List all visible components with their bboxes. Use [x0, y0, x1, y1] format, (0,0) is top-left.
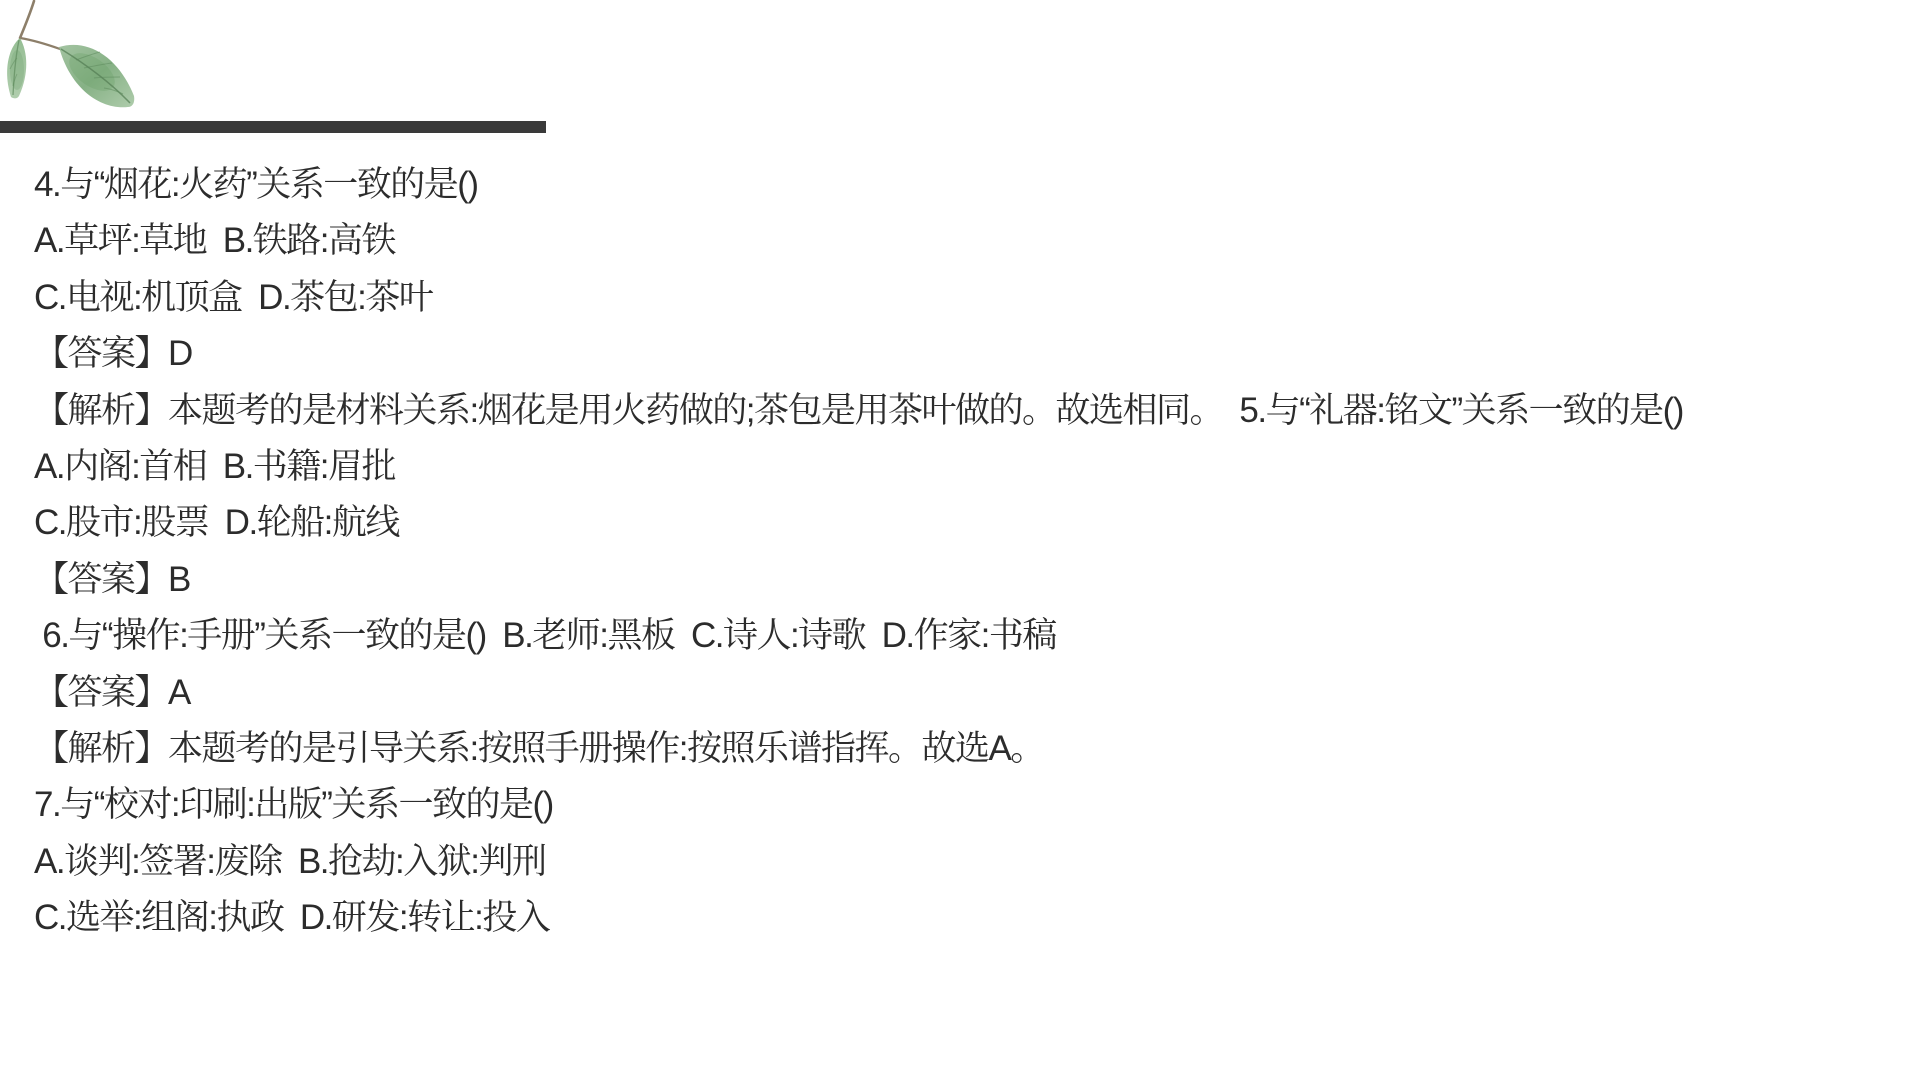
document-body: 4.与“烟花:火药”关系一致的是() A.草坪:草地 B.铁路:高铁 C.电视:… — [34, 157, 1834, 947]
question-5-options-ab: A.内阁:首相 B.书籍:眉批 — [34, 439, 1834, 495]
header-divider-bar — [0, 121, 546, 133]
answer-6: 【答案】A — [34, 665, 1834, 721]
analysis-6: 【解析】本题考的是引导关系:按照手册操作:按照乐谱指挥。故选A。 — [34, 721, 1834, 777]
question-4-options-cd: C.电视:机顶盒 D.茶包:茶叶 — [34, 270, 1834, 326]
answer-5: 【答案】B — [34, 552, 1834, 608]
question-7-text: 7.与“校对:印刷:出版”关系一致的是() — [34, 777, 1834, 833]
analysis-4-and-question-5: 【解析】本题考的是材料关系:烟花是用火药做的;茶包是用茶叶做的。故选相同。 5.… — [34, 383, 1834, 439]
answer-4: 【答案】D — [34, 326, 1834, 382]
leaves-graphic — [4, 0, 156, 122]
question-7-options-cd: C.选举:组阁:执政 D.研发:转让:投入 — [34, 890, 1834, 946]
leaf-icon — [4, 0, 156, 122]
question-6-with-options: 6.与“操作:手册”关系一致的是() B.老师:黑板 C.诗人:诗歌 D.作家:… — [34, 608, 1834, 664]
question-4-text: 4.与“烟花:火药”关系一致的是() — [34, 157, 1834, 213]
question-4-options-ab: A.草坪:草地 B.铁路:高铁 — [34, 213, 1834, 269]
question-7-options-ab: A.谈判:签署:废除 B.抢劫:入狱:判刑 — [34, 834, 1834, 890]
question-5-options-cd: C.股市:股票 D.轮船:航线 — [34, 495, 1834, 551]
